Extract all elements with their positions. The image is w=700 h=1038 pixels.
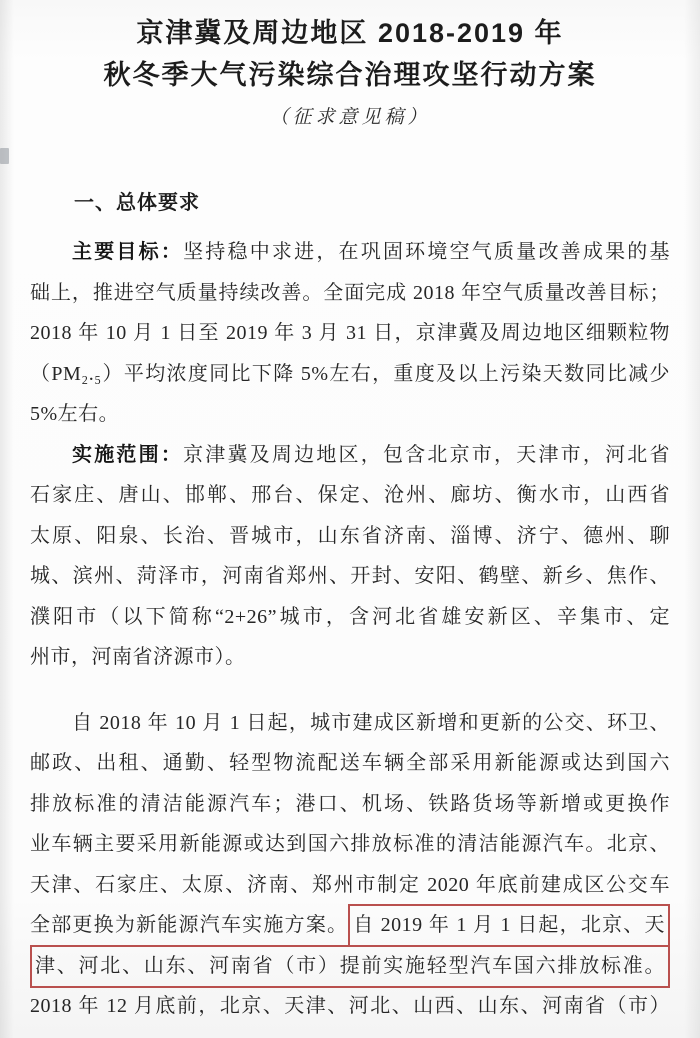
text-line: 邮政、出租、通勤、轻型物流配送车辆全部采用新能源或达到国六	[30, 743, 670, 784]
doc-subtitle: （征求意见稿）	[30, 104, 670, 132]
scan-artifact	[0, 148, 9, 164]
doc-title-line2: 秋冬季大气污染综合治理攻坚行动方案	[30, 54, 670, 96]
text-line: 自 2018 年 10 月 1 日起，城市建成区新增和更新的公交、环卫、	[30, 703, 670, 744]
document-page: 京津冀及周边地区 2018-2019 年 秋冬季大气污染综合治理攻坚行动方案 （…	[0, 0, 700, 1038]
paragraph-vehicles: 自 2018 年 10 月 1 日起，城市建成区新增和更新的公交、环卫、 邮政、…	[30, 703, 670, 1027]
text-line: 础上，推进空气质量持续改善。全面完成 2018 年空气质量改善目标；	[30, 273, 670, 314]
text-line: 实施范围：京津冀及周边地区，包含北京市，天津市，河北省	[30, 435, 670, 476]
text-line: 全部更换为新能源汽车实施方案。自 2019 年 1 月 1 日起，北京、天	[30, 905, 670, 946]
text-line: 主要目标：坚持稳中求进，在巩固环境空气质量改善成果的基	[30, 232, 670, 273]
text-run: 坚持稳中求进，在巩固环境空气质量改善成果的基	[183, 241, 670, 263]
text-line: 业车辆主要采用新能源或达到国六排放标准的清洁能源汽车。北京、	[30, 824, 670, 865]
highlight-box-1: 自 2019 年 1 月 1 日起，北京、天	[348, 904, 670, 947]
text-line: 石家庄、唐山、邯郸、邢台、保定、沧州、廊坊、衡水市，山西省	[30, 475, 670, 516]
text-line: 城、滨州、菏泽市，河南省郑州、开封、安阳、鹤壁、新乡、焦作、	[30, 556, 670, 597]
text-line: 太原、阳泉、长治、晋城市，山东省济南、淄博、济宁、德州、聊	[30, 516, 670, 557]
text-run: 京津冀及周边地区，包含北京市，天津市，河北省	[183, 444, 670, 466]
section-heading: 一、总体要求	[30, 188, 670, 218]
paragraph-main-goals: 主要目标：坚持稳中求进，在巩固环境空气质量改善成果的基 础上，推进空气质量持续改…	[30, 232, 670, 435]
text-line: 排放标准的清洁能源汽车；港口、机场、铁路货场等新增或更换作	[30, 784, 670, 825]
text-line: 州市，河南省济源市）。	[30, 637, 670, 678]
paragraph-label: 实施范围：	[72, 444, 183, 466]
paragraph-label: 主要目标：	[72, 241, 183, 263]
text-line: 濮阳市（以下简称“2+26”城市，含河北省雄安新区、辛集市、定	[30, 597, 670, 638]
text-line: 津、河北、山东、河南省（市）提前实施轻型汽车国六排放标准。	[30, 946, 670, 987]
highlight-box-2: 津、河北、山东、河南省（市）提前实施轻型汽车国六排放标准。	[30, 945, 670, 988]
text-run: 全部更换为新能源汽车实施方案。	[30, 914, 348, 936]
paragraph-scope: 实施范围：京津冀及周边地区，包含北京市，天津市，河北省 石家庄、唐山、邯郸、邢台…	[30, 435, 670, 678]
text-line: 2018 年 10 月 1 日至 2019 年 3 月 31 日，京津冀及周边地…	[30, 313, 670, 354]
doc-title-line1: 京津冀及周边地区 2018-2019 年	[30, 12, 670, 54]
text-line: 2018 年 12 月底前，北京、天津、河北、山西、山东、河南省（市）	[30, 986, 670, 1027]
text-line: （PM₂.₅）平均浓度同比下降 5%左右，重度及以上污染天数同比减少	[30, 354, 670, 395]
text-line: 天津、石家庄、太原、济南、郑州市制定 2020 年底前建成区公交车	[30, 865, 670, 906]
text-line: 5%左右。	[30, 394, 670, 435]
